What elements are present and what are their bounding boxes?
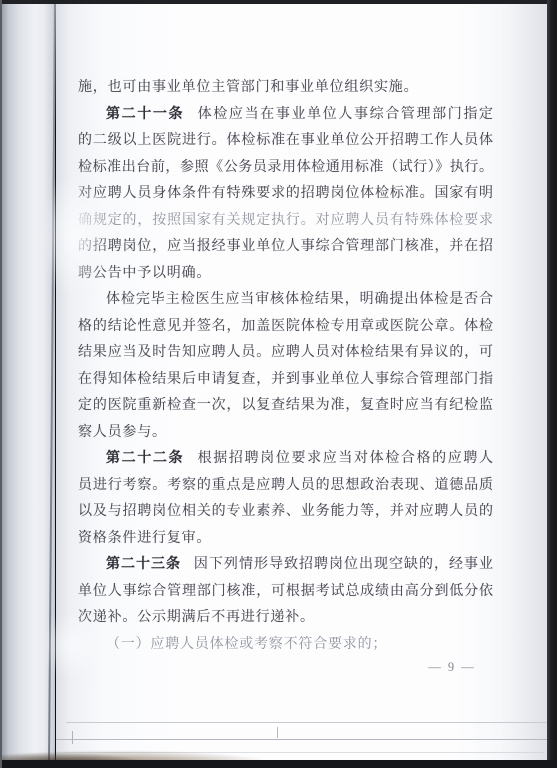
text-line: 的二级以上医院进行。体检标准在事业单位公开招聘工作人员体 xyxy=(78,128,493,155)
text-line: 在得知体检结果后申请复查，并到事业单位人事综合管理部门指 xyxy=(78,367,493,394)
page-right-shade xyxy=(500,4,548,761)
text-line: 体检完毕主检医生应当审核体检结果，明确提出体检是否合 xyxy=(78,287,493,314)
page-number: — 9 — xyxy=(420,660,484,678)
text-line: 资格条件进行复审。 xyxy=(78,526,493,553)
scan-edge-right xyxy=(547,0,557,768)
scan-edge-bottom xyxy=(0,760,557,768)
text-line: 第二十一条体检应当在事业单位人事综合管理部门指定 xyxy=(78,102,493,129)
text-line: 对应聘人员身体条件有特殊要求的招聘岗位体检标准。国家有明 xyxy=(78,181,493,208)
scan-edge-top xyxy=(0,0,557,4)
under-page-edge-line-2 xyxy=(56,739,548,740)
text-line: 定的医院重新检查一次，以复查结果为准，复查时应当有纪检监 xyxy=(78,393,493,420)
text-line: 员进行考察。考察的重点是应聘人员的思想政治表现、道德品质 xyxy=(78,473,493,500)
under-page-edge-line-1 xyxy=(66,722,548,723)
text-line: 察人员参与。 xyxy=(78,420,493,447)
article-number-bold: 第二十一条 xyxy=(106,107,184,122)
text-line: 施，也可由事业单位主管部门和事业单位组织实施。 xyxy=(78,75,493,102)
text-line: 结果应当及时告知应聘人员。应聘人员对体检结果有异议的，可 xyxy=(78,340,493,367)
text-line: 第二十二条根据招聘岗位要求应当对体检合格的应聘人 xyxy=(78,446,493,473)
spine-glare-lower xyxy=(42,610,106,680)
scan-edge-left xyxy=(0,0,2,768)
text-line: 的招聘岗位，应当报经事业单位人事综合管理部门核准，并在招 xyxy=(78,234,493,261)
spine-glare-upper xyxy=(40,170,110,300)
document-text: 施，也可由事业单位主管部门和事业单位组织实施。第二十一条体检应当在事业单位人事综… xyxy=(78,75,493,658)
text-line: 聘公告中予以明确。 xyxy=(78,261,493,288)
text-line: 格的结论性意见并签名，加盖医院体检专用章或医院公章。体检 xyxy=(78,314,493,341)
article-number-bold: 第二十三条 xyxy=(106,557,181,572)
text-line: （一）应聘人员体检或考察不符合要求的； xyxy=(78,632,493,659)
text-line: 确规定的，按照国家有关规定执行。对应聘人员有特殊体检要求 xyxy=(78,208,493,235)
text-line: 第二十三条因下列情形导致招聘岗位出现空缺的，经事业 xyxy=(78,552,493,579)
text-line: 单位人事综合管理部门核准，可根据考试总成绩由高分到低分依 xyxy=(78,579,493,606)
text-line: 检标准出台前，参照《公务员录用体检通用标准（试行）》执行。 xyxy=(78,155,493,182)
page-tick-mark-2 xyxy=(277,727,278,738)
text-line: 以及与招聘岗位相关的专业素养、业务能力等，并对应聘人员的 xyxy=(78,499,493,526)
text-line: 次递补。公示期满后不再进行递补。 xyxy=(78,605,493,632)
page-surface: 施，也可由事业单位主管部门和事业单位组织实施。第二十一条体检应当在事业单位人事综… xyxy=(56,4,548,761)
article-number-bold: 第二十二条 xyxy=(106,451,184,466)
